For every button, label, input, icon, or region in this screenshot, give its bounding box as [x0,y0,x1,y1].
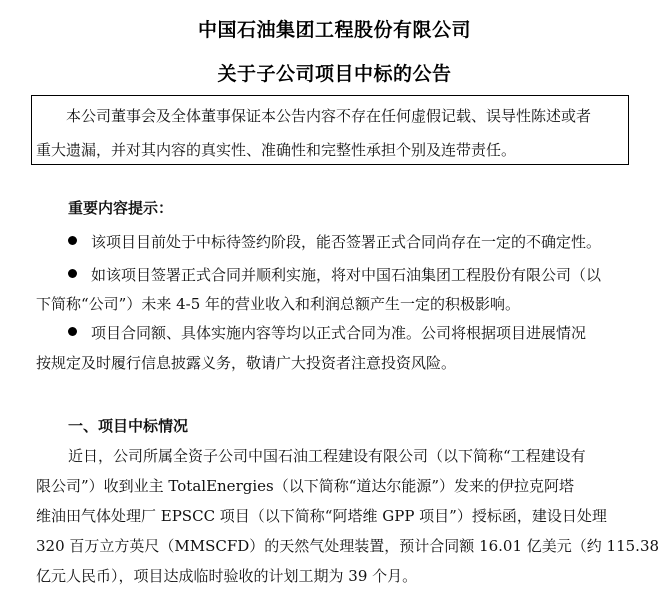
key-point-text: 如该项目签署正式合同并顺利实施，将对中国石油集团工程股份有限公司（以 [91,266,601,284]
key-point-text-continued: 下简称“公司”）未来 4-5 年的营业收入和利润总额产生一定的积极影响。 [36,294,520,314]
bullet-dot-icon [68,327,77,336]
section-1-paragraph-line: 限公司”）收到业主 TotalEnergies（以下简称“道达尔能源”）发来的伊… [36,476,574,496]
key-points-heading: 重要内容提示： [68,198,173,218]
key-point-bullet-1: 该项目目前处于中标待签约阶段，能否签署正式合同尚存在一定的不确定性。 [68,232,601,252]
disclaimer-line-1: 本公司董事会及全体董事保证本公告内容不存在任何虚假记载、误导性陈述或者 [66,106,591,126]
key-point-text: 项目合同额、具体实施内容等均以正式合同为准。公司将根据项目进展情况 [91,324,586,342]
key-point-text: 该项目目前处于中标待签约阶段，能否签署正式合同尚存在一定的不确定性。 [91,233,601,251]
key-point-bullet-3: 项目合同额、具体实施内容等均以正式合同为准。公司将根据项目进展情况 [68,323,586,343]
bullet-dot-icon [68,236,77,245]
company-title: 中国石油集团工程股份有限公司 [0,18,669,42]
key-point-bullet-2: 如该项目签署正式合同并顺利实施，将对中国石油集团工程股份有限公司（以 [68,265,601,285]
key-point-text-continued: 按规定及时履行信息披露义务，敬请广大投资者注意投资风险。 [36,353,456,373]
bullet-dot-icon [68,269,77,278]
section-1-paragraph-line: 维油田气体处理厂 EPSCC 项目（以下简称“阿塔维 GPP 项目”）授标函，建… [36,506,607,526]
section-1-paragraph-line: 近日，公司所属全资子公司中国石油工程建设有限公司（以下简称“工程建设有 [68,446,586,466]
section-1-paragraph-line: 亿元人民币），项目达成临时验收的计划工期为 39 个月。 [36,566,417,586]
section-1-heading: 一、项目中标情况 [68,416,188,436]
section-1-paragraph-line: 320 百万立方英尺（MMSCFD）的天然气处理装置，预计合同额 16.01 亿… [36,536,659,556]
announcement-title: 关于子公司项目中标的公告 [0,62,669,86]
disclaimer-line-2: 重大遗漏，并对其内容的真实性、准确性和完整性承担个别及连带责任。 [36,140,516,160]
